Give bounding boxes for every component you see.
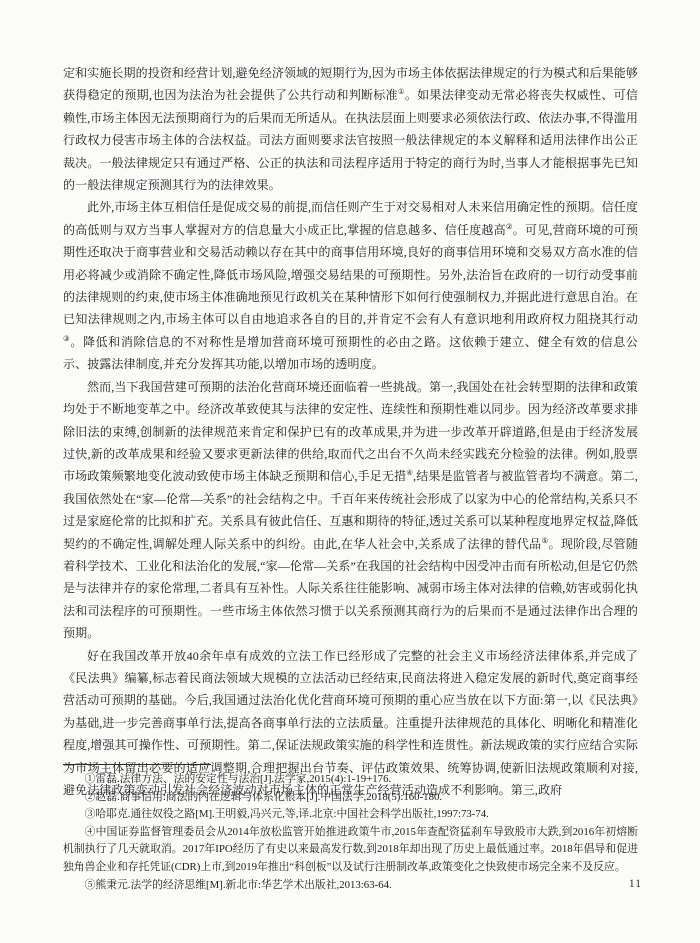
body-text: 然而,当下我国营建可预期的法治化营商环境还面临着一些挑战。第一,我国处在社会转型…	[63, 380, 638, 484]
footnote-ref: ①	[398, 87, 405, 96]
footnote-marker: ③	[85, 808, 96, 820]
footnote-text: 赵磊.商事信用:商法的内在逻辑与体系化根本[J].中国法学,2018(5):16…	[95, 791, 442, 803]
footnote-list: ①雷磊.法律方法、法的安定性与法治[J].法学家,2015(4):1-19+17…	[63, 771, 638, 894]
footnote-item: ①雷磊.法律方法、法的安定性与法治[J].法学家,2015(4):1-19+17…	[63, 771, 638, 789]
journal-page: 定和实施长期的投资和经营计划,避免经济领域的短期行为,因为市场主体依据法律规定的…	[0, 0, 700, 943]
body-text: 。现阶段,尽管随着科学技术、工业化和法治化的发展,“家—伦常—关系”在我国的社会…	[63, 537, 638, 641]
footnote-text: 雷磊.法律方法、法的安定性与法治[J].法学家,2015(4):1-19+176…	[95, 773, 391, 785]
article-body: 定和实施长期的投资和经营计划,避免经济领域的短期行为,因为市场主体依据法律规定的…	[63, 62, 638, 801]
page-number: 11	[612, 878, 642, 890]
footnote-item: ③哈耶克.通往奴役之路[M].王明毅,冯兴元,等,译.北京:中国社会科学出版社,…	[63, 806, 638, 824]
body-paragraph: 定和实施长期的投资和经营计划,避免经济领域的短期行为,因为市场主体依据法律规定的…	[63, 62, 638, 196]
footnote-item: ⑤熊秉元.法学的经济思维[M].新北市:华艺学术出版社,2013:63-64.	[63, 877, 638, 895]
footnote-marker: ④	[85, 826, 96, 838]
body-paragraph: 此外,市场主体互相信任是促成交易的前提,而信任则产生于对交易相对人未来信用确定性…	[63, 196, 638, 375]
footnote-ref: ②	[506, 222, 513, 231]
body-text: 。降低和消除信息的不对称性是增加营商环境可预期性的必由之路。这依赖于建立、健全有…	[63, 335, 638, 371]
footnote-text: 中国证券监督管理委员会从2014年放松监管开始推进政策牛市,2015年查配资猛刹…	[63, 826, 638, 873]
footnote-text: 哈耶克.通往奴役之路[M].王明毅,冯兴元,等,译.北京:中国社会科学出版社,1…	[95, 808, 488, 820]
footnote-marker: ⑤	[85, 879, 96, 891]
footnote-item: ②赵磊.商事信用:商法的内在逻辑与体系化根本[J].中国法学,2018(5):1…	[63, 789, 638, 807]
footnote-ref: ⑤	[542, 536, 549, 545]
footnote-marker: ②	[85, 791, 96, 803]
footnote-text: 熊秉元.法学的经济思维[M].新北市:华艺学术出版社,2013:63-64.	[95, 879, 391, 891]
body-text: 。可见,营商环境的可预期性还取决于商事营业和交易活动赖以存在其中的商事信用环境,…	[63, 223, 638, 327]
footnote-block: ①雷磊.法律方法、法的安定性与法治[J].法学家,2015(4):1-19+17…	[63, 764, 638, 894]
footnote-separator-rule	[63, 764, 211, 765]
body-text: 。如果法律变动无常必将丧失权威性、可信赖性,市场主体因无法预期商行为的后果而无所…	[63, 88, 638, 192]
footnote-item: ④中国证券监督管理委员会从2014年放松监管开始推进政策牛市,2015年查配资猛…	[63, 824, 638, 877]
body-paragraph: 然而,当下我国营建可预期的法治化营商环境还面临着一些挑战。第一,我国处在社会转型…	[63, 376, 638, 645]
footnote-marker: ①	[85, 773, 96, 785]
